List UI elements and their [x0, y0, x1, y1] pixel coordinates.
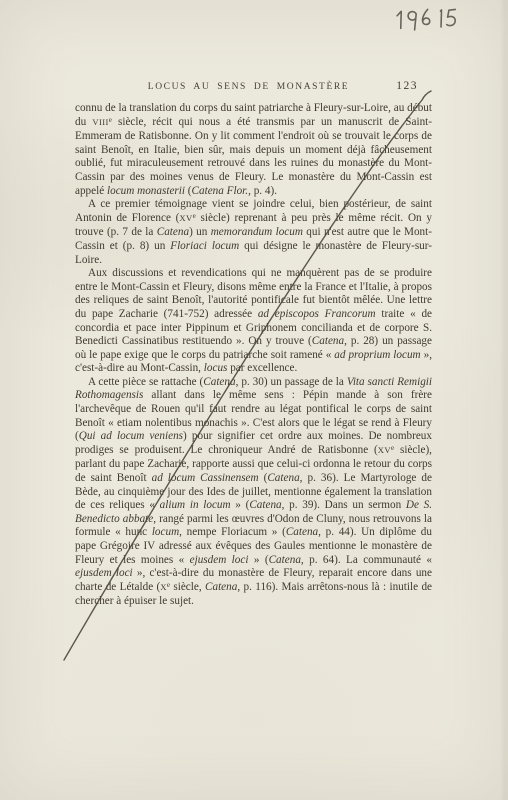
paragraph: A cette pièce se rattache (Catena, p. 30…: [75, 376, 432, 609]
italic-run: locum: [152, 526, 179, 538]
text-run: » (: [248, 554, 268, 566]
italic-run: Catena: [205, 581, 237, 593]
header-title: LOCUS AU SENS DE MONASTÈRE: [70, 82, 427, 92]
italic-run: Catena: [312, 335, 344, 347]
italic-run: memorandum locum: [211, 226, 303, 238]
italic-run: Catena Flor.: [192, 185, 249, 197]
text-run: , nempe Floriacum » (: [179, 526, 286, 538]
text-run: ) un: [189, 226, 211, 238]
text-run: » (: [231, 499, 250, 511]
page-edge-shadow: [500, 0, 508, 800]
paragraph: connu de la translation du corps du sain…: [75, 102, 432, 198]
paragraph: A ce premier témoignage vient se joindre…: [75, 198, 432, 267]
italic-run: Floriaci locum: [170, 240, 239, 252]
italic-run: locus: [204, 362, 228, 374]
page-header: LOCUS AU SENS DE MONASTÈRE 123: [75, 82, 432, 96]
text-run: , p. 39). Dans un sermon: [282, 499, 406, 511]
superscript-run: e: [167, 581, 170, 589]
italic-run: ad locum Cassinensem: [152, 472, 259, 484]
text-run: , p. 30) un passage de la: [236, 376, 347, 388]
paragraph: Aux discussions et revendications qui ne…: [75, 267, 432, 376]
italic-run: Catena: [286, 526, 318, 538]
superscript-run: e: [193, 212, 196, 220]
italic-run: Catena: [267, 472, 299, 484]
scanned-page: LOCUS AU SENS DE MONASTÈRE 123 connu de …: [0, 0, 508, 800]
smallcaps-run: VIII: [92, 117, 108, 127]
text-run: A cette pièce se rattache (: [88, 376, 203, 388]
smallcaps-run: XV: [179, 213, 192, 223]
text-run: , p. 4).: [248, 185, 277, 197]
italic-run: locum monasterii: [107, 185, 185, 197]
page-number: 123: [396, 80, 418, 92]
italic-run: ad proprium locum: [334, 349, 420, 361]
italic-run: Catena: [203, 376, 235, 388]
text-run: siècle,: [170, 581, 205, 593]
superscript-run: e: [391, 444, 394, 452]
text-run: par excellence.: [227, 362, 297, 374]
smallcaps-run: XV: [378, 445, 391, 455]
italic-run: Catena: [249, 499, 281, 511]
superscript-run: e: [109, 116, 112, 124]
text-block: connu de la translation du corps du sain…: [75, 102, 432, 609]
italic-run: Qui ad locum veniens: [79, 430, 183, 442]
italic-run: ad episcopos Francorum: [258, 308, 376, 320]
italic-run: ejusdem loci: [75, 567, 133, 579]
text-run: , p. 64). La communauté «: [301, 554, 432, 566]
handwritten-number: [392, 5, 462, 35]
italic-run: Catena: [157, 226, 189, 238]
italic-run: Catena: [269, 554, 301, 566]
smallcaps-run: X: [160, 582, 167, 592]
italic-run: alium in locum: [160, 499, 231, 511]
italic-run: ejusdem loci: [190, 554, 249, 566]
